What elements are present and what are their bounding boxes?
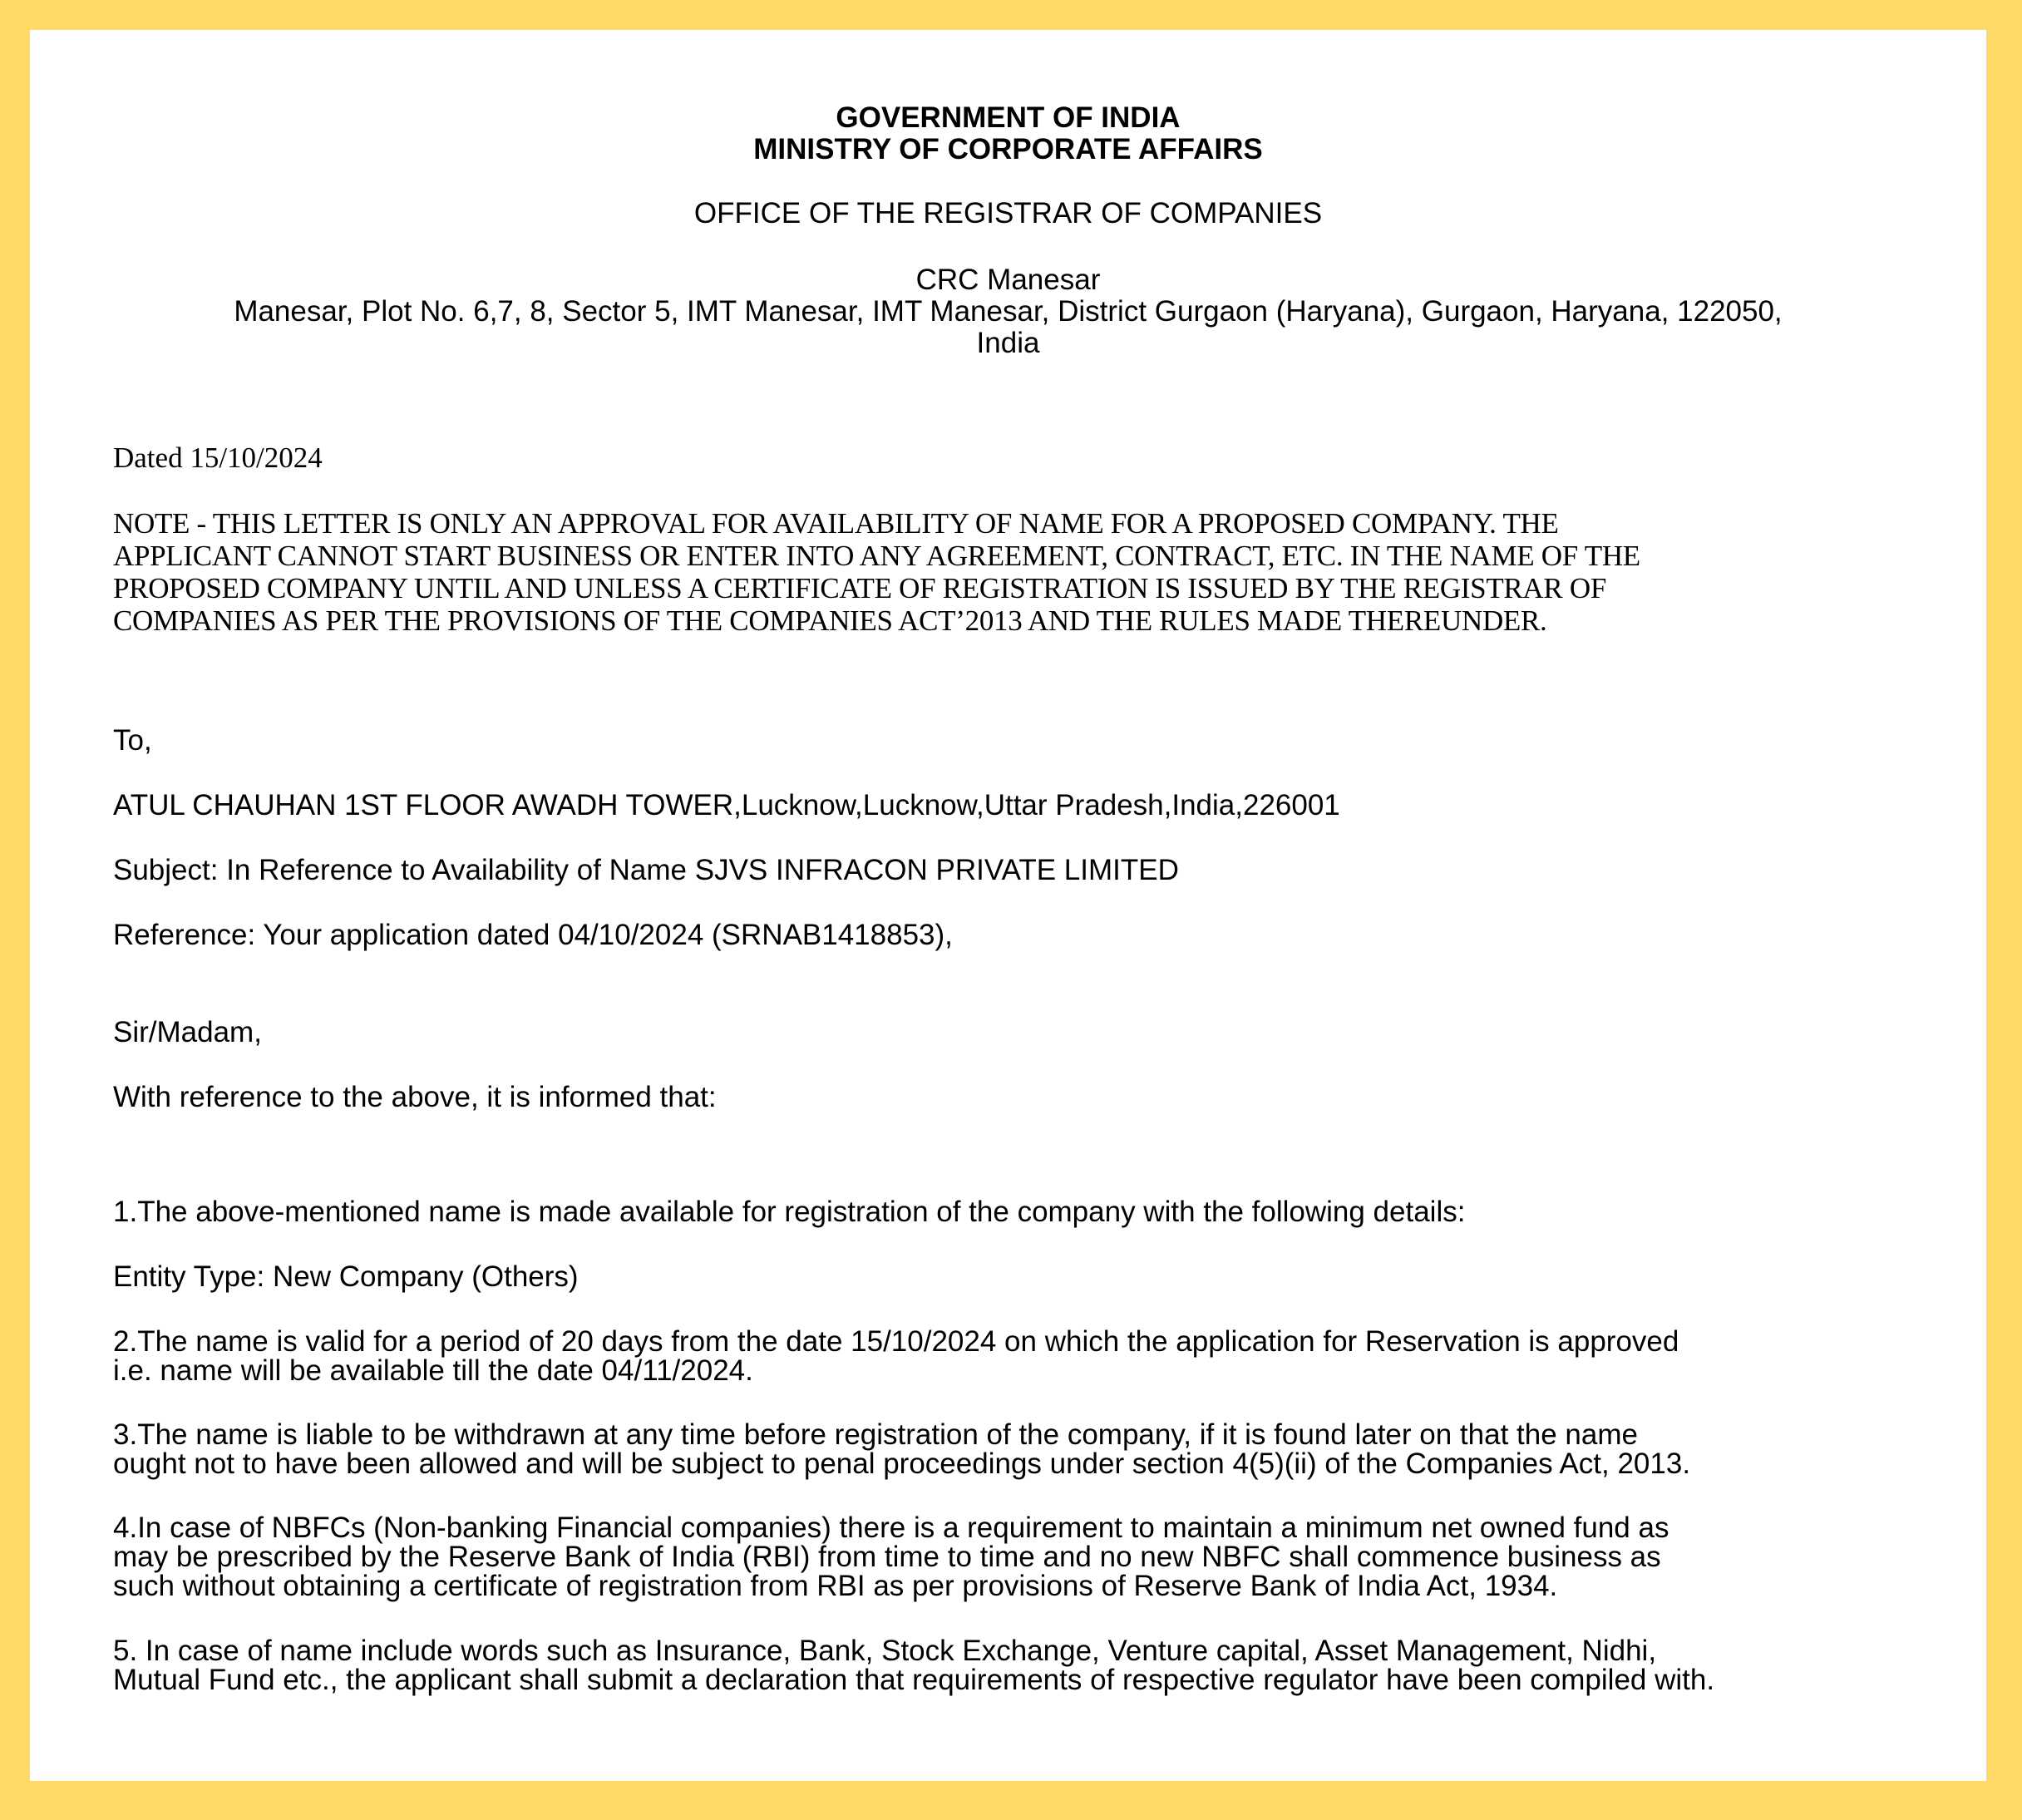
point-line: ought not to have been allowed and will … <box>113 1449 1690 1478</box>
note-line: APPLICANT CANNOT START BUSINESS OR ENTER… <box>113 540 1975 572</box>
point-line: 2.The name is valid for a period of 20 d… <box>113 1327 1679 1356</box>
point-line: 5. In case of name include words such as… <box>113 1636 1714 1665</box>
point-line: 4.In case of NBFCs (Non-banking Financia… <box>113 1513 1669 1542</box>
point-3: 3.The name is liable to be withdrawn at … <box>113 1420 1690 1478</box>
point-1: 1.The above-mentioned name is made avail… <box>113 1197 1465 1226</box>
header-office: OFFICE OF THE REGISTRAR OF COMPANIES <box>30 197 1986 230</box>
point-4: 4.In case of NBFCs (Non-banking Financia… <box>113 1513 1669 1601</box>
point-line: i.e. name will be available till the dat… <box>113 1356 1679 1385</box>
note-line: COMPANIES AS PER THE PROVISIONS OF THE C… <box>113 604 1975 637</box>
header-registrar: CRC Manesar <box>30 264 1986 297</box>
cropped-text-remnant <box>30 30 1986 33</box>
point-line: such without obtaining a certificate of … <box>113 1571 1669 1601</box>
point-5: 5. In case of name include words such as… <box>113 1636 1714 1694</box>
letter-page: GOVERNMENT OF INDIA MINISTRY OF CORPORAT… <box>30 30 1986 1781</box>
point-line: Entity Type: New Company (Others) <box>113 1262 579 1291</box>
intro-line: With reference to the above, it is infor… <box>113 1083 717 1112</box>
note-block: NOTE - THIS LETTER IS ONLY AN APPROVAL F… <box>113 507 1975 637</box>
header-address-line2: India <box>30 327 1986 360</box>
point-line: may be prescribed by the Reserve Bank of… <box>113 1542 1669 1571</box>
point-line: 3.The name is liable to be withdrawn at … <box>113 1420 1690 1449</box>
header-ministry: MINISTRY OF CORPORATE AFFAIRS <box>30 133 1986 165</box>
addressee: ATUL CHAUHAN 1ST FLOOR AWADH TOWER,Luckn… <box>113 791 1340 820</box>
letter-date: Dated 15/10/2024 <box>113 443 323 472</box>
point-line: 1.The above-mentioned name is made avail… <box>113 1197 1465 1226</box>
point-line: Mutual Fund etc., the applicant shall su… <box>113 1665 1714 1694</box>
subject-line: Subject: In Reference to Availability of… <box>113 856 1179 885</box>
note-line: PROPOSED COMPANY UNTIL AND UNLESS A CERT… <box>113 572 1975 604</box>
point-2: 2.The name is valid for a period of 20 d… <box>113 1327 1679 1385</box>
entity-type: Entity Type: New Company (Others) <box>113 1262 579 1291</box>
header-address-line1: Manesar, Plot No. 6,7, 8, Sector 5, IMT … <box>30 295 1986 328</box>
note-line: NOTE - THIS LETTER IS ONLY AN APPROVAL F… <box>113 507 1975 540</box>
to-label: To, <box>113 726 152 755</box>
reference-line: Reference: Your application dated 04/10/… <box>113 920 953 949</box>
salutation: Sir/Madam, <box>113 1018 262 1047</box>
header-government: GOVERNMENT OF INDIA <box>30 101 1986 134</box>
